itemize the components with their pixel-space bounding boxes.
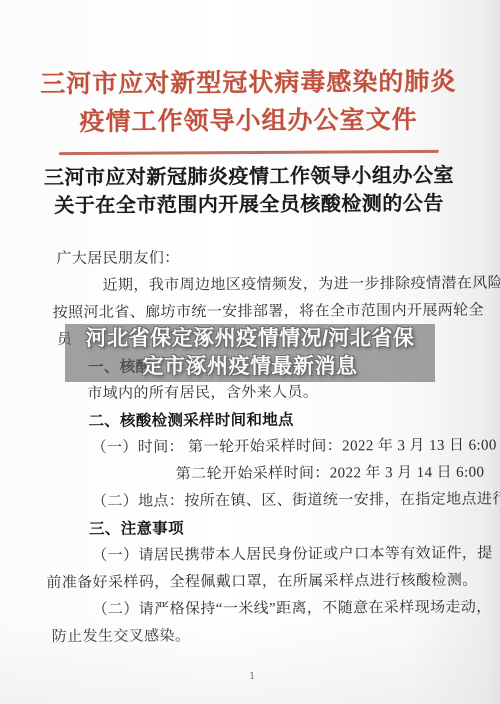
document-title-line-1: 三河市应对新冠肺炎疫情工作领导小组办公室 [0, 161, 499, 192]
section2-location-line: （二）地点：按所在镇、区、街道统一安排，在指定地点进行。 [92, 486, 500, 515]
page-number: 1 [2, 668, 500, 683]
section3-note1-line2: 前准备好采样码，全程佩戴口罩，在所属采样点进行核酸检测。 [46, 567, 500, 597]
section3-note1-line1: （一）请居民携带本人居民身份证或户口本等有效证件，提 [92, 540, 500, 569]
caption-line-2: 定市涿州疫情最新消息 [143, 353, 358, 381]
document-title-line-2: 关于在全市范围内开展全员核酸检测的公告 [0, 189, 499, 220]
paragraph1-line2: 按照河北省、廊坊市统一安排部署，将在全市范围内开展两轮全 [53, 297, 500, 327]
salutation: 广大居民朋友们： [56, 243, 499, 273]
caption-overlay: 河北省保定涿州疫情情况/河北省保 定市涿州疫情最新消息 [65, 324, 435, 382]
section2-time-line: （一）时间： 第一轮开始采样时间：2022 年 3 月 13 日 6:00 [92, 432, 500, 461]
time-round1: 第一轮开始采样时间：2022 年 3 月 13 日 6:00 [188, 437, 497, 455]
section2-heading: 二、核酸检测采样时间和地点 [88, 405, 500, 435]
letterhead-line-2: 疫情工作领导小组办公室文件 [0, 100, 499, 141]
red-divider-rule [59, 150, 439, 155]
document-title: 三河市应对新冠肺炎疫情工作领导小组办公室 关于在全市范围内开展全员核酸检测的公告 [0, 161, 499, 220]
section3-note2-line2: 防止发生交叉感染。 [52, 621, 500, 651]
letterhead-title: 三河市应对新型冠状病毒感染的肺炎 疫情工作领导小组办公室文件 [0, 0, 499, 142]
time-label: （一）时间： [92, 439, 185, 456]
section1-line1: 市域内的所有居民，含外来人员。 [87, 378, 500, 408]
document-photo: 三河市应对新型冠状病毒感染的肺炎 疫情工作领导小组办公室文件 三河市应对新冠肺炎… [0, 0, 500, 704]
paragraph1-line1: 近期，我市周边地区疫情频发，为进一步排除疫情潜在风险， [45, 270, 500, 300]
document-body: 广大居民朋友们： 近期，我市周边地区疫情频发，为进一步排除疫情潜在风险， 按照河… [0, 243, 500, 651]
section3-heading: 三、注意事项 [89, 513, 500, 543]
letterhead-line-1: 三河市应对新型冠状病毒感染的肺炎 [0, 62, 498, 103]
section2-time-round2: 第二轮开始采样时间：2022 年 3 月 14 日 6:00 [176, 459, 500, 488]
section3-note2-line1: （二）请严格保持“一米线”距离，不随意在采样现场走动， [92, 594, 500, 623]
caption-line-1: 河北省保定涿州疫情情况/河北省保 [86, 325, 415, 353]
